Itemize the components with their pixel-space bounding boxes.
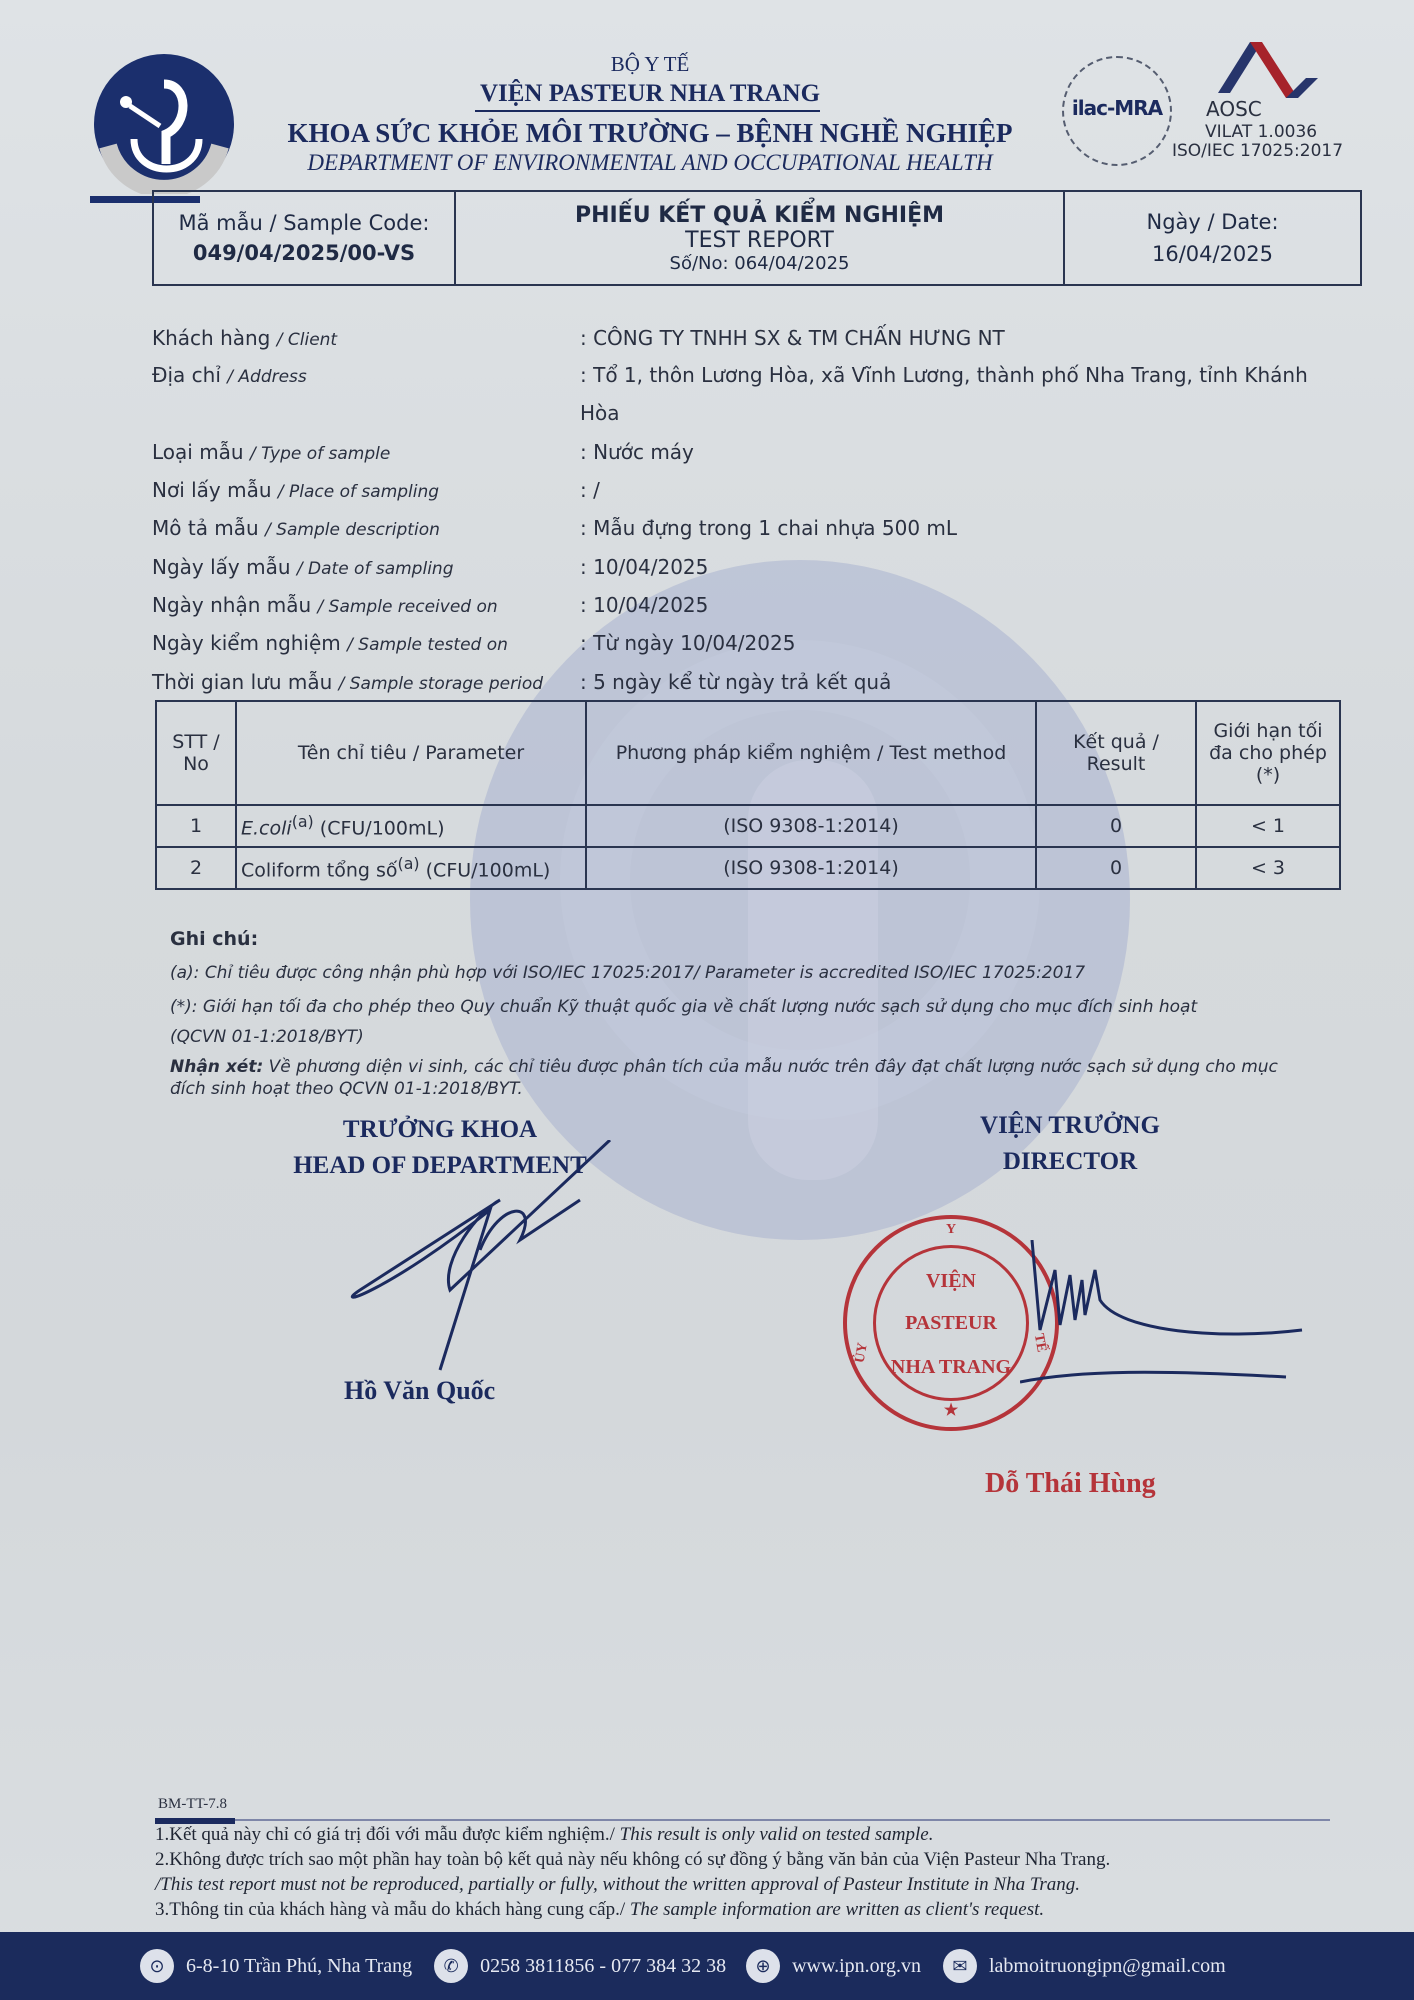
contact-email[interactable]: ✉ labmoitruongipn@gmail.com bbox=[943, 1949, 1226, 1983]
results-table: STT / No Tên chỉ tiêu / Parameter Phương… bbox=[155, 700, 1341, 890]
col-header-limit: Giới hạn tối đa cho phép (*) bbox=[1196, 701, 1340, 805]
contact-address: ⊙ 6-8-10 Trần Phú, Nha Trang bbox=[140, 1949, 412, 1983]
parameter-unit: (CFU/100mL) bbox=[314, 818, 445, 840]
pasteur-logo bbox=[94, 54, 234, 194]
note-limit-cont: (QCVN 01-1:2018/BYT) bbox=[170, 1020, 1360, 1054]
parameter-name: E.coli bbox=[241, 818, 292, 840]
ministry-name: BỘ Y TẾ bbox=[440, 52, 860, 77]
info-value: : 10/04/2025 bbox=[580, 555, 708, 579]
contact-website[interactable]: ⊕ www.ipn.org.vn bbox=[746, 1949, 921, 1983]
info-label-en: / Date of sampling bbox=[297, 559, 454, 579]
remark-text: Về phương diện vi sinh, các chỉ tiêu đượ… bbox=[263, 1057, 1278, 1077]
parameter-footnote: (a) bbox=[398, 854, 420, 873]
footer-note-en: This result is only valid on tested samp… bbox=[615, 1824, 934, 1845]
mail-icon: ✉ bbox=[943, 1949, 977, 1983]
info-label: Ngày nhận mẫu bbox=[152, 593, 311, 617]
department-name-en: DEPARTMENT OF ENVIRONMENTAL AND OCCUPATI… bbox=[230, 150, 1070, 176]
info-label: Địa chỉ bbox=[152, 363, 221, 387]
info-label: Ngày kiểm nghiệm bbox=[152, 631, 341, 655]
director-title: VIỆN TRƯỞNG DIRECTOR bbox=[940, 1108, 1200, 1180]
remark-label: Nhận xét: bbox=[170, 1057, 263, 1077]
table-header-row: STT / No Tên chỉ tiêu / Parameter Phương… bbox=[156, 701, 1340, 805]
ilac-mra-logo: ilac-MRA bbox=[1062, 56, 1172, 166]
stamp-star-icon: ★ bbox=[843, 1400, 1059, 1420]
note-remark: Nhận xét: Về phương diện vi sinh, các ch… bbox=[170, 1056, 1360, 1100]
note-accredited: (a): Chỉ tiêu được công nhận phù hợp với… bbox=[170, 956, 1360, 990]
report-date-label: Ngày / Date: bbox=[1146, 210, 1278, 234]
contact-bar: ⊙ 6-8-10 Trần Phú, Nha Trang ✆ 0258 3811… bbox=[0, 1932, 1414, 2000]
parameter-footnote: (a) bbox=[292, 812, 314, 831]
footer-note-en: /This test report must not be reproduced… bbox=[155, 1874, 1080, 1895]
footer-note: 2.Không được trích sao một phần hay toàn… bbox=[155, 1847, 1355, 1872]
info-label-en: / Sample tested on bbox=[347, 635, 508, 655]
contact-phone-text: 0258 3811856 - 077 384 32 38 bbox=[480, 1955, 726, 1978]
remark-text-cont: đích sinh hoạt theo QCVN 01-1:2018/BYT. bbox=[170, 1079, 523, 1099]
footer-note-vi: 2.Không được trích sao một phần hay toàn… bbox=[155, 1849, 1110, 1870]
report-number: Số/No: 064/04/2025 bbox=[670, 253, 850, 274]
footer-divider bbox=[235, 1819, 1330, 1821]
sample-code-label: Mã mẫu / Sample Code: bbox=[179, 211, 430, 235]
director-title-en: DIRECTOR bbox=[940, 1144, 1200, 1180]
vilat-code: VILAT 1.0036 bbox=[1205, 122, 1317, 142]
cell-no: 1 bbox=[156, 805, 236, 847]
head-name: Hồ Văn Quốc bbox=[344, 1376, 495, 1406]
info-label: Loại mẫu bbox=[152, 440, 244, 464]
cell-limit: < 3 bbox=[1196, 847, 1340, 889]
institute-underline bbox=[475, 110, 820, 112]
cell-result: 0 bbox=[1036, 847, 1196, 889]
info-label-en: / Type of sample bbox=[250, 444, 390, 464]
phone-icon: ✆ bbox=[434, 1949, 468, 1983]
location-icon: ⊙ bbox=[140, 1949, 174, 1983]
aosc-text: AOSC bbox=[1206, 97, 1262, 121]
col-header-no: STT / No bbox=[156, 701, 236, 805]
footer-note: 3.Thông tin của khách hàng và mẫu do khá… bbox=[155, 1897, 1355, 1922]
info-value: : 5 ngày kể từ ngày trả kết quả bbox=[580, 670, 891, 694]
info-value: : / bbox=[580, 478, 600, 502]
info-value: : Tổ 1, thôn Lương Hòa, xã Vĩnh Lương, t… bbox=[580, 363, 1308, 387]
info-label-en: / Sample received on bbox=[318, 597, 498, 617]
info-label: Khách hàng bbox=[152, 326, 270, 350]
report-title-en: TEST REPORT bbox=[685, 228, 834, 253]
info-value: : Từ ngày 10/04/2025 bbox=[580, 631, 795, 655]
cell-limit: < 1 bbox=[1196, 805, 1340, 847]
cell-parameter: Coliform tổng số(a) (CFU/100mL) bbox=[236, 847, 586, 889]
contact-email-text[interactable]: labmoitruongipn@gmail.com bbox=[989, 1955, 1226, 1978]
iso-standard: ISO/IEC 17025:2017 bbox=[1172, 141, 1343, 161]
parameter-unit: (CFU/100mL) bbox=[420, 860, 551, 882]
info-value: : CÔNG TY TNHH SX & TM CHẤN HƯNG NT bbox=[580, 326, 1005, 350]
col-header-parameter: Tên chỉ tiêu / Parameter bbox=[236, 701, 586, 805]
info-label: Ngày lấy mẫu bbox=[152, 555, 291, 579]
report-title-cell: PHIẾU KẾT QUẢ KIỂM NGHIỆM TEST REPORT Số… bbox=[456, 192, 1065, 284]
globe-icon: ⊕ bbox=[746, 1949, 780, 1983]
cell-method: (ISO 9308-1:2014) bbox=[586, 805, 1036, 847]
info-label: Thời gian lưu mẫu bbox=[152, 670, 332, 694]
info-value-cont: Hòa bbox=[580, 401, 620, 425]
sample-code-cell: Mã mẫu / Sample Code: 049/04/2025/00-VS bbox=[154, 192, 456, 284]
notes-title: Ghi chú: bbox=[170, 922, 1360, 956]
director-signature-icon bbox=[1020, 1240, 1320, 1390]
contact-website-text[interactable]: www.ipn.org.vn bbox=[792, 1955, 921, 1978]
notes-section: Ghi chú: (a): Chỉ tiêu được công nhận ph… bbox=[170, 922, 1360, 1100]
note-limit: (*): Giới hạn tối đa cho phép theo Quy c… bbox=[170, 990, 1360, 1024]
info-label-en: / Sample storage period bbox=[339, 674, 543, 694]
col-header-result: Kết quả / Result bbox=[1036, 701, 1196, 805]
info-label: Nơi lấy mẫu bbox=[152, 478, 272, 502]
report-title-vi: PHIẾU KẾT QUẢ KIỂM NGHIỆM bbox=[575, 203, 944, 228]
report-header-box: Mã mẫu / Sample Code: 049/04/2025/00-VS … bbox=[152, 190, 1362, 286]
cell-no: 2 bbox=[156, 847, 236, 889]
info-value: : Nước máy bbox=[580, 440, 694, 464]
col-header-method: Phương pháp kiểm nghiệm / Test method bbox=[586, 701, 1036, 805]
institute-name: VIỆN PASTEUR NHA TRANG bbox=[400, 80, 900, 108]
parameter-name: Coliform tổng số bbox=[241, 860, 398, 882]
contact-phone: ✆ 0258 3811856 - 077 384 32 38 bbox=[434, 1949, 726, 1983]
director-title-vi: VIỆN TRƯỞNG bbox=[940, 1108, 1200, 1144]
info-value: : 10/04/2025 bbox=[580, 593, 708, 617]
footer-note-vi: 1.Kết quả này chỉ có giá trị đối với mẫu… bbox=[155, 1824, 615, 1845]
info-label-en: / Client bbox=[277, 330, 337, 350]
footer-note-vi: 3.Thông tin của khách hàng và mẫu do khá… bbox=[155, 1899, 625, 1920]
form-code: BM-TT-7.8 bbox=[158, 1796, 227, 1813]
cell-parameter: E.coli(a) (CFU/100mL) bbox=[236, 805, 586, 847]
report-date-value: 16/04/2025 bbox=[1152, 242, 1273, 266]
footer-note-en: The sample information are written as cl… bbox=[625, 1899, 1044, 1920]
info-label-en: / Address bbox=[227, 367, 307, 387]
cell-result: 0 bbox=[1036, 805, 1196, 847]
table-row: 2 Coliform tổng số(a) (CFU/100mL) (ISO 9… bbox=[156, 847, 1340, 889]
info-label-en: / Sample description bbox=[265, 520, 440, 540]
department-name-vi: KHOA SỨC KHỎE MÔI TRƯỜNG – BỆNH NGHỀ NGH… bbox=[230, 118, 1070, 149]
contact-address-text: 6-8-10 Trần Phú, Nha Trang bbox=[186, 1955, 412, 1978]
sample-code-value: 049/04/2025/00-VS bbox=[193, 241, 415, 265]
info-value: : Mẫu đựng trong 1 chai nhựa 500 mL bbox=[580, 516, 957, 540]
document-page: BỘ Y TẾ VIỆN PASTEUR NHA TRANG KHOA SỨC … bbox=[0, 0, 1414, 2000]
footer-note: 1.Kết quả này chỉ có giá trị đối với mẫu… bbox=[155, 1822, 1355, 1847]
ilac-mra-text: ilac-MRA bbox=[1064, 96, 1170, 120]
footer-notes: 1.Kết quả này chỉ có giá trị đối với mẫu… bbox=[155, 1822, 1355, 1922]
info-label: Mô tả mẫu bbox=[152, 516, 259, 540]
director-name: Dỗ Thái Hùng bbox=[985, 1468, 1156, 1500]
table-row: 1 E.coli(a) (CFU/100mL) (ISO 9308-1:2014… bbox=[156, 805, 1340, 847]
footer-note: /This test report must not be reproduced… bbox=[155, 1872, 1355, 1897]
stamp-text-top: Y bbox=[843, 1222, 1059, 1238]
head-signature-icon bbox=[330, 1140, 620, 1380]
pasteur-logo-icon bbox=[94, 54, 234, 194]
cell-method: (ISO 9308-1:2014) bbox=[586, 847, 1036, 889]
info-label-en: / Place of sampling bbox=[278, 482, 439, 502]
report-date-cell: Ngày / Date: 16/04/2025 bbox=[1065, 192, 1360, 284]
